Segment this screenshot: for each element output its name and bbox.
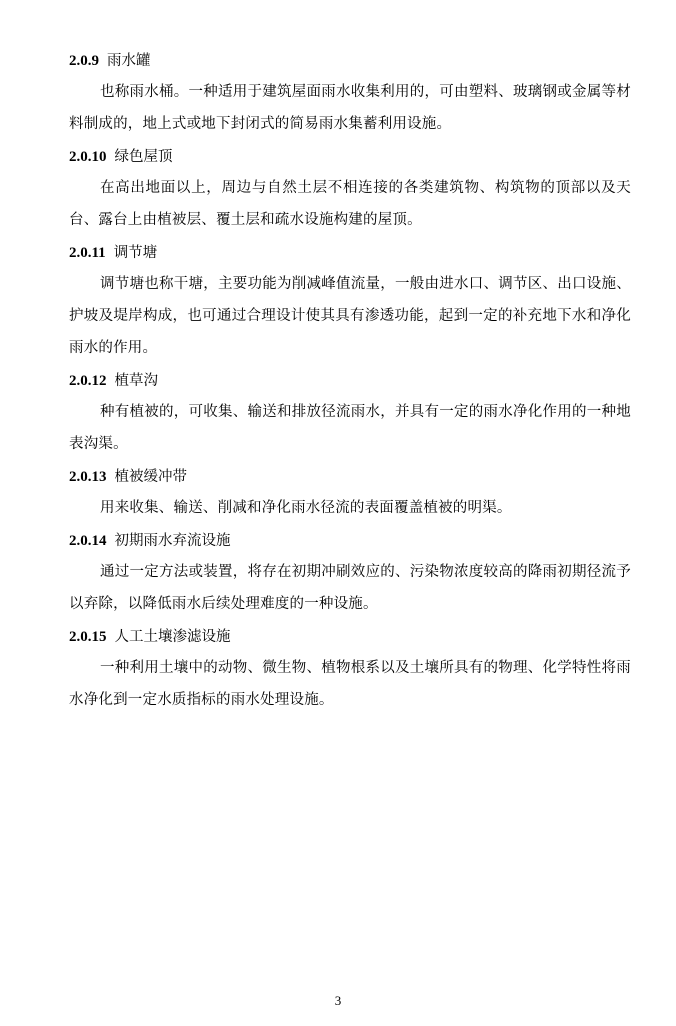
term-number: 2.0.12 (69, 373, 107, 389)
term-name: 植草沟 (115, 373, 159, 389)
term-definition: 种有植被的，可收集、输送和排放径流雨水，并具有一定的雨水净化作用的一种地表沟渠。 (69, 396, 631, 460)
term-name: 人工土壤渗滤设施 (115, 629, 231, 645)
term-definition: 用来收集、输送、削减和净化雨水径流的表面覆盖植被的明渠。 (69, 492, 631, 524)
term-entry: 2.0.14初期雨水弃流设施 通过一定方法或装置，将存在初期冲刷效应的、污染物浓… (69, 524, 631, 620)
term-heading: 2.0.13植被缓冲带 (69, 460, 631, 492)
term-heading: 2.0.9雨水罐 (69, 44, 631, 76)
term-number: 2.0.9 (69, 53, 99, 69)
term-heading: 2.0.10绿色屋顶 (69, 140, 631, 172)
term-definition: 也称雨水桶。一种适用于建筑屋面雨水收集利用的，可由塑料、玻璃钢或金属等材料制成的… (69, 76, 631, 140)
term-entry: 2.0.12植草沟 种有植被的，可收集、输送和排放径流雨水，并具有一定的雨水净化… (69, 364, 631, 460)
term-definition: 通过一定方法或装置，将存在初期冲刷效应的、污染物浓度较高的降雨初期径流予以弃除，… (69, 556, 631, 620)
term-name: 初期雨水弃流设施 (115, 533, 231, 549)
term-heading: 2.0.14初期雨水弃流设施 (69, 524, 631, 556)
term-name: 雨水罐 (107, 53, 151, 69)
term-heading: 2.0.12植草沟 (69, 364, 631, 396)
term-number: 2.0.15 (69, 629, 107, 645)
term-definition: 调节塘也称干塘，主要功能为削减峰值流量，一般由进水口、调节区、出口设施、护坡及堤… (69, 268, 631, 364)
term-definition: 一种利用土壤中的动物、微生物、植物根系以及土壤所具有的物理、化学特性将雨水净化到… (69, 652, 631, 716)
term-definition: 在高出地面以上，周边与自然土层不相连接的各类建筑物、构筑物的顶部以及天台、露台上… (69, 172, 631, 236)
term-heading: 2.0.11调节塘 (69, 236, 631, 268)
document-page: 2.0.9雨水罐 也称雨水桶。一种适用于建筑屋面雨水收集利用的，可由塑料、玻璃钢… (0, 0, 676, 1026)
term-entry: 2.0.9雨水罐 也称雨水桶。一种适用于建筑屋面雨水收集利用的，可由塑料、玻璃钢… (69, 44, 631, 140)
term-name: 绿色屋顶 (115, 149, 173, 165)
term-entry: 2.0.15人工土壤渗滤设施 一种利用土壤中的动物、微生物、植物根系以及土壤所具… (69, 620, 631, 716)
terms-section: 2.0.9雨水罐 也称雨水桶。一种适用于建筑屋面雨水收集利用的，可由塑料、玻璃钢… (69, 44, 631, 716)
term-number: 2.0.14 (69, 533, 107, 549)
term-entry: 2.0.11调节塘 调节塘也称干塘，主要功能为削减峰值流量，一般由进水口、调节区… (69, 236, 631, 364)
term-name: 调节塘 (114, 245, 158, 261)
term-number: 2.0.10 (69, 149, 107, 165)
term-entry: 2.0.13植被缓冲带 用来收集、输送、削减和净化雨水径流的表面覆盖植被的明渠。 (69, 460, 631, 524)
term-number: 2.0.11 (69, 245, 106, 261)
term-number: 2.0.13 (69, 469, 107, 485)
page-number: 3 (0, 993, 676, 1009)
term-heading: 2.0.15人工土壤渗滤设施 (69, 620, 631, 652)
term-name: 植被缓冲带 (115, 469, 188, 485)
term-entry: 2.0.10绿色屋顶 在高出地面以上，周边与自然土层不相连接的各类建筑物、构筑物… (69, 140, 631, 236)
